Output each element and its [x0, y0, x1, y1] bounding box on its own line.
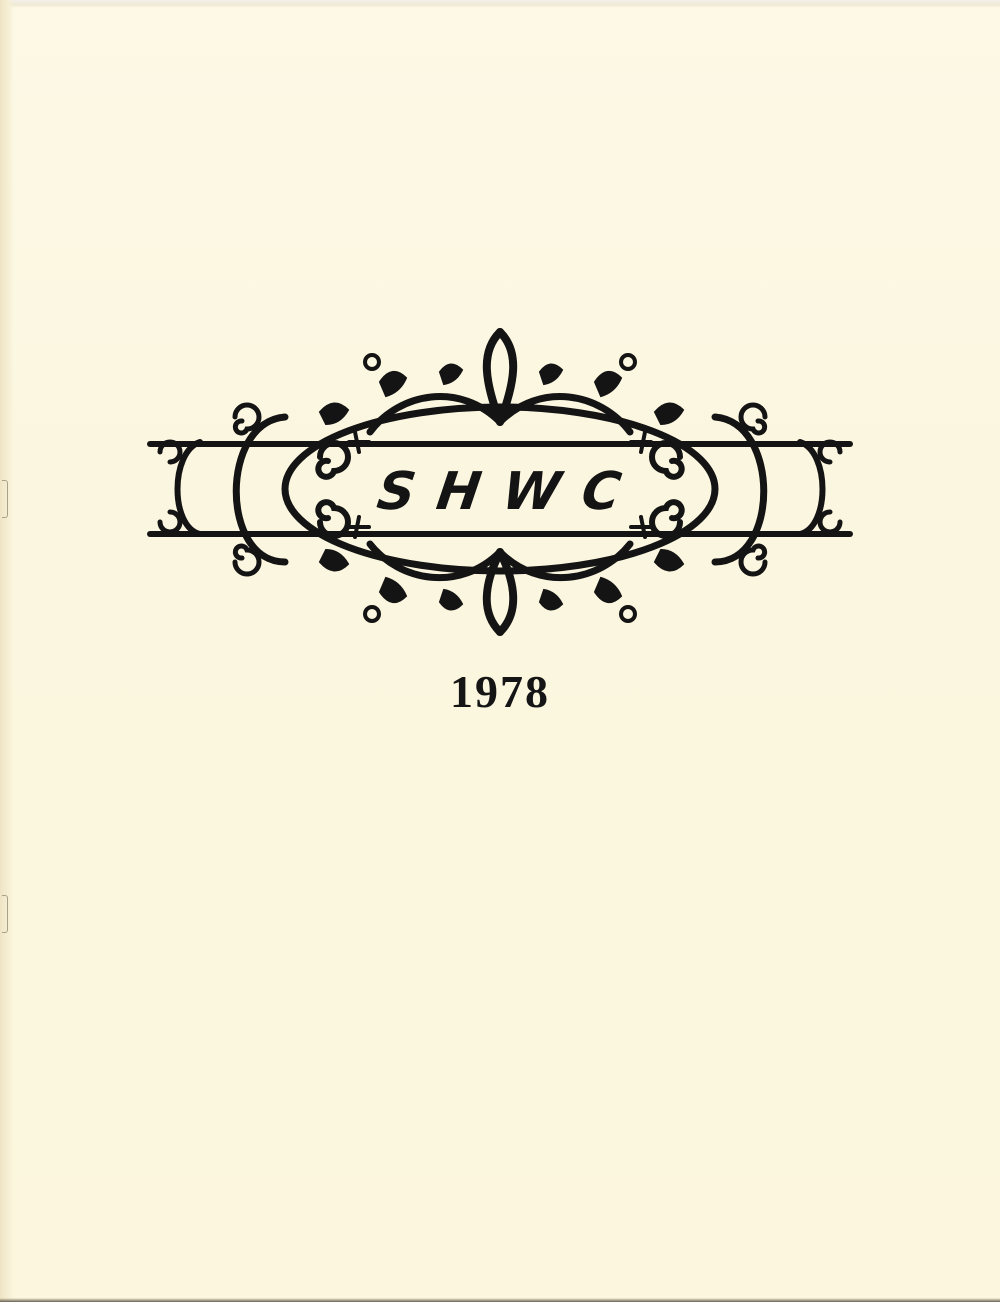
top-edge-shadow	[0, 0, 1000, 8]
staple-mark	[2, 895, 8, 933]
bottom-edge-shadow	[0, 1298, 1000, 1302]
cover-year: 1978	[400, 664, 600, 720]
spine-edge	[0, 0, 14, 1302]
staple-mark	[2, 480, 8, 518]
booklet-cover: SHWC 1978	[0, 0, 1000, 1302]
monogram-title: SHWC	[374, 452, 645, 532]
